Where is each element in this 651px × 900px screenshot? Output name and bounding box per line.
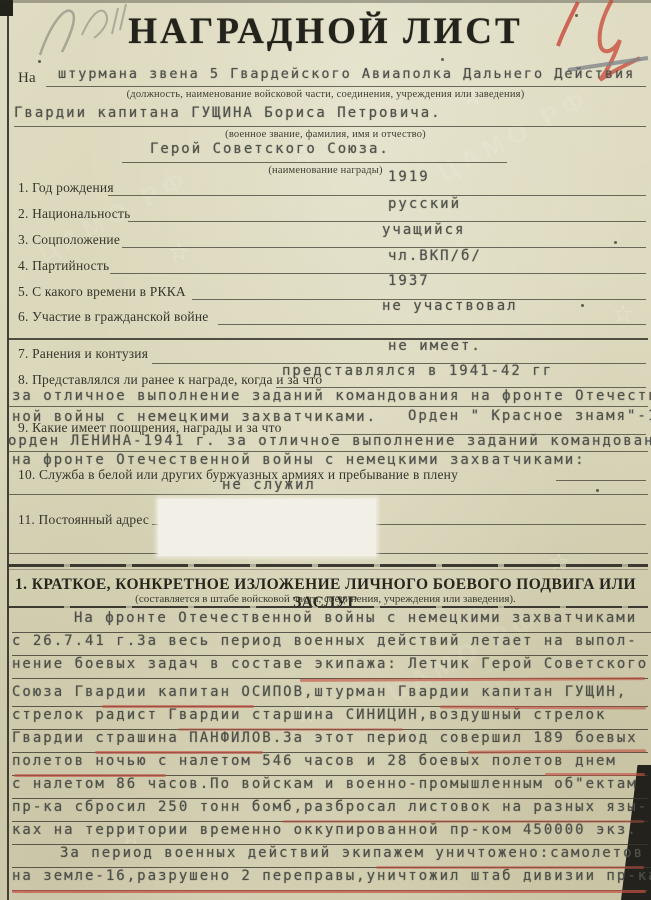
field-value: не участвовал [382,298,518,314]
position-caption: (должность, наименование войсковой части… [0,89,651,100]
position-value: штурмана звена 5 Гвардейского Авиаполка … [58,66,635,82]
red-underline [545,773,645,776]
name-value: Гвардии капитана ГУЩИНА Бориса Петровича… [14,105,442,121]
field-extra-line: за отличное выполнение заданий командова… [12,388,651,404]
field-value: не имеет. [388,338,482,354]
field-label: 8. Представлялся ли ранее к награде, ког… [18,372,322,388]
red-underline [102,705,254,708]
document-title: НАГРАДНОЙ ЛИСТ [0,10,651,53]
field-label: 11. Постоянный адрес [18,512,149,528]
red-underline [95,751,263,754]
field-extra-line: на фронте Отечественной войны с немецким… [12,452,586,468]
narrative-line: нение боевых задач в составе экипажа: Ле… [12,656,648,679]
narrative-line: На фронте Отечественной войны с немецким… [12,610,651,633]
field-value: 1919 [388,169,430,185]
red-underline [282,820,644,823]
name-caption: (военное звание, фамилия, имя и отчество… [0,129,651,140]
field-label: 2. Национальность [18,206,130,222]
field-label: 5. С какого времени в РККА [18,284,186,300]
red-underline [178,728,403,731]
field-label: 4. Партийность [18,258,109,274]
red-underline [300,677,645,681]
award-sheet-page: ☆ ☆ ☆ ☆ ☆ ☆ ☆ ☆ ЦАМО РФ ЦАМО РФ ЦАМО РФ … [0,0,651,900]
narrative-line: пр-ка сбросил 250 тонн бомб,разбросал ли… [12,799,648,822]
field-label: 6. Участие в гражданской войне [18,309,208,325]
field-value: 1937 [388,273,430,289]
field-value: учащийся [382,222,465,238]
field-value: Орден " Красное знамя"-1942 [408,408,651,424]
narrative-line: с налетом 86 часов.По войскам и военно-п… [12,776,648,799]
field-extra-line: орден ЛЕНИНА-1941 г. за отличное выполне… [8,433,651,449]
na-label: На [18,70,36,87]
narrative-line: стрелок радист Гвардии старшина СИНИЦИН,… [12,707,648,730]
red-underline [14,774,166,777]
narrative-line: За период военных действий экипажем унич… [12,845,651,868]
field-value: чл.ВКП/б/ [388,248,482,264]
narrative-line: с 26.7.41 г.За весь период военных дейст… [12,633,648,656]
red-underline [376,866,644,869]
narrative-line: ках на территории временно оккупированно… [12,822,648,845]
award-value: Герой Советского Союза. [150,141,390,157]
narrative-line: Союза Гвардии капитан ОСИПОВ,штурман Гва… [12,684,648,707]
field-value: не служил [222,477,316,493]
field-value: представлялся в 1941-42 гг [282,363,553,379]
field-label: 7. Ранения и контузия [18,346,148,362]
redaction-box [158,499,376,556]
field-value: русский [388,196,461,212]
award-caption: (наименование награды) [0,165,651,176]
watermark-star-icon: ☆ [168,238,190,266]
field-label: 3. Соцположение [18,232,120,248]
red-underline [12,890,646,893]
narrative-line: на земле-16,разрушено 2 переправы,уничто… [12,868,648,891]
field-label: 1. Год рождения [18,180,114,196]
section1-caption: (составляется в штабе войсковой части, с… [0,593,651,605]
